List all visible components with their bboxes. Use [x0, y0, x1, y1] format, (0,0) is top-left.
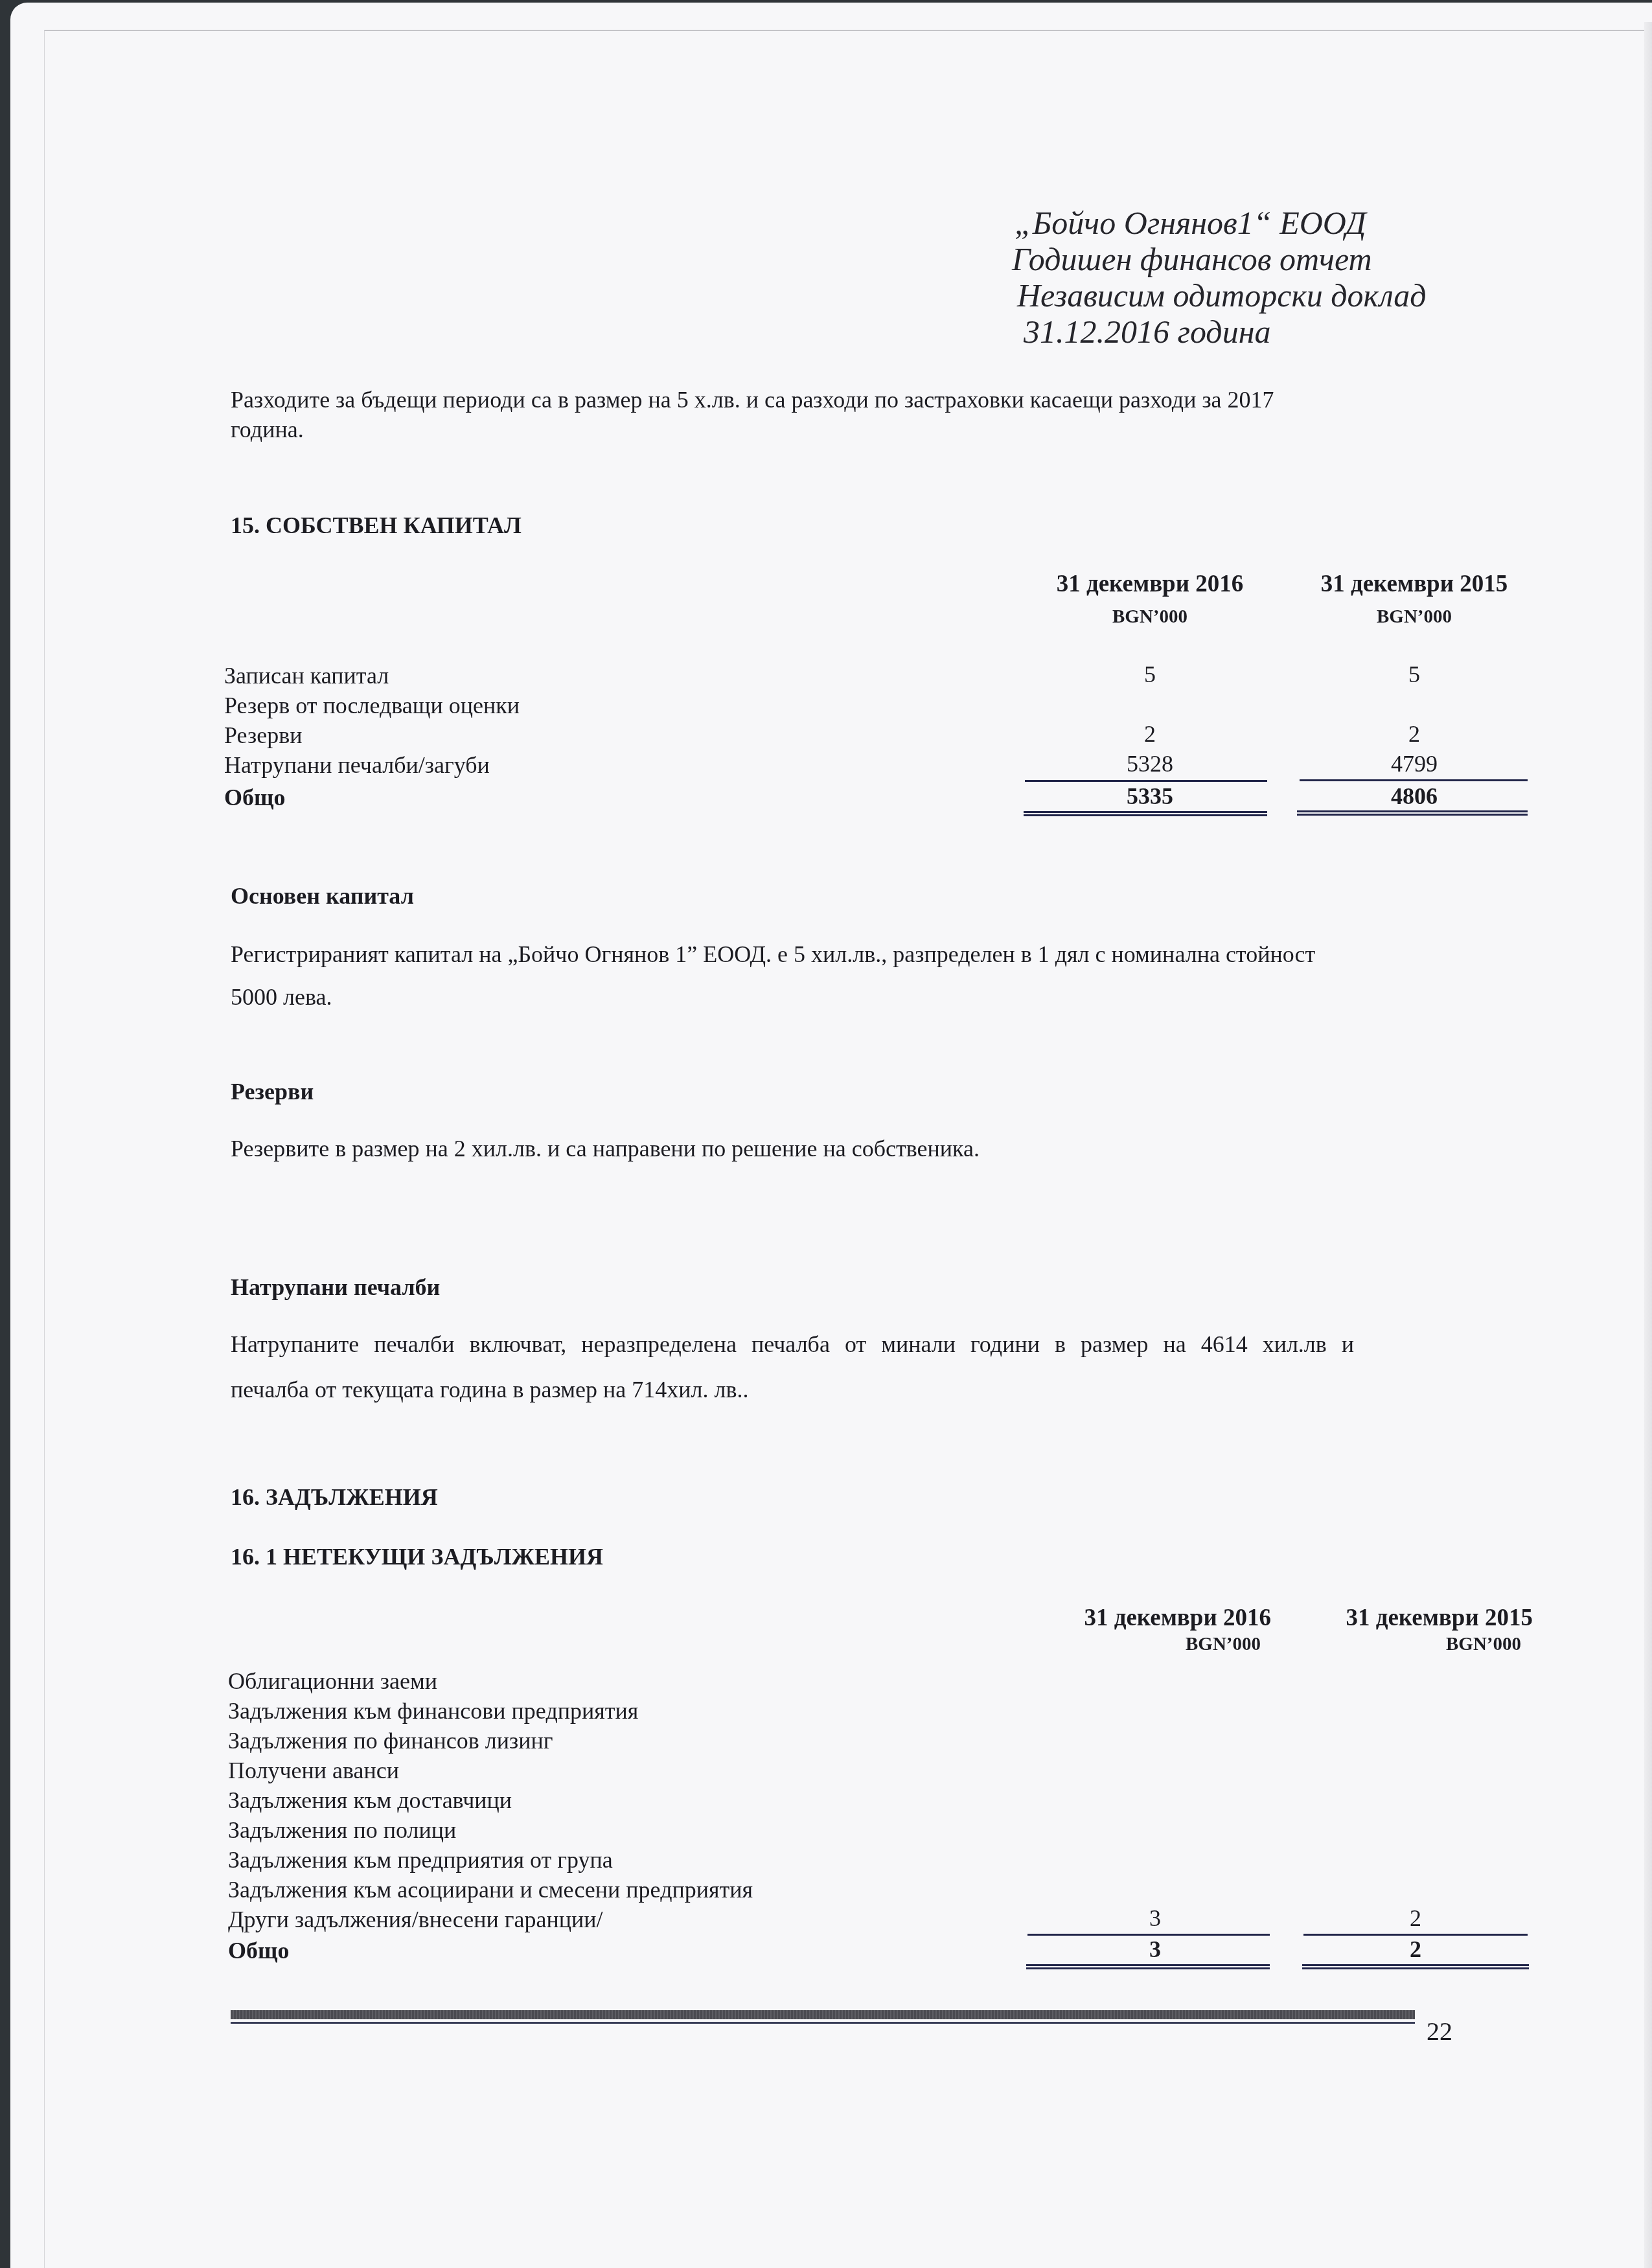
subheading-share-capital: Основен капитал [231, 882, 414, 910]
page-number: 22 [1427, 2016, 1452, 2046]
liab-col-2016-unit: BGN’000 [1034, 1634, 1261, 1655]
total-label: Общо [224, 783, 285, 812]
subheading-retained-earnings: Натрупани печалби [231, 1274, 440, 1301]
total-label: Общо [228, 1936, 289, 1965]
reserves-text: Резервите в размер на 2 хил.лв. и са нап… [231, 1135, 1462, 1162]
total-2015: 2 [1302, 1936, 1529, 1963]
total-double-rule [1026, 1964, 1270, 1969]
subsection-title-noncurrent: 16. 1 НЕТЕКУЩИ ЗАДЪЛЖЕНИЯ [231, 1543, 603, 1570]
row-label: Резерв от последващи оценки [224, 691, 520, 720]
row-label: Други задължения/внесени гаранции/ [228, 1905, 603, 1934]
subtotal-rule [1025, 780, 1267, 782]
liab-col-2015-unit: BGN’000 [1296, 1634, 1521, 1655]
share-capital-line1: Регистрираният капитал на „Бойчо Огнянов… [231, 941, 1462, 968]
total-2016: 5335 [1031, 783, 1268, 810]
page-shadow [1644, 22, 1652, 2268]
subtotal-rule [1300, 779, 1528, 781]
section-title-equity: 15. СОБСТВЕН КАПИТАЛ [231, 512, 522, 539]
report-title: Годишен финансов отчет [1012, 241, 1427, 277]
footer-rule [231, 2010, 1415, 2019]
prepaid-note-line2: година. [231, 416, 1462, 443]
retained-line1: Натрупаните печалби включват, неразпреде… [231, 1331, 1462, 1358]
row-label: Задължения към финансови предприятия [228, 1696, 638, 1726]
value-2015: 2 [1302, 1905, 1529, 1932]
total-double-rule [1302, 1964, 1529, 1969]
value-2015: 5 [1296, 661, 1533, 688]
total-double-rule [1024, 811, 1267, 816]
section-title-liabilities: 16. ЗАДЪЛЖЕНИЯ [231, 1483, 438, 1511]
row-label: Облигационни заеми [228, 1666, 437, 1696]
total-2016: 3 [1037, 1936, 1274, 1963]
audit-label: Независим одиторски доклад [1017, 277, 1427, 314]
row-label: Получени аванси [228, 1756, 399, 1785]
row-label: Задължения към доставчици [228, 1785, 512, 1815]
row-label: Задължения по полици [228, 1815, 456, 1845]
row-label: Резерви [224, 720, 302, 750]
total-2015: 4806 [1296, 783, 1533, 810]
report-date: 31.12.2016 година [1024, 314, 1427, 350]
total-double-rule [1297, 810, 1528, 816]
row-label: Задължения към предприятия от група [228, 1845, 613, 1875]
equity-col-2016-unit: BGN’000 [1031, 606, 1268, 628]
row-label: Натрупани печалби/загуби [224, 750, 490, 780]
subheading-reserves: Резерви [231, 1078, 314, 1105]
row-label: Задължения по финансов лизинг [228, 1726, 553, 1756]
document-header: „Бойчо Огнянов1“ ЕООД Годишен финансов о… [1015, 205, 1427, 350]
value-2016: 5328 [1031, 750, 1268, 777]
row-label: Записан капитал [224, 661, 389, 691]
value-2016: 5 [1031, 661, 1268, 688]
company-name: „Бойчо Огнянов1“ ЕООД [1015, 205, 1427, 241]
footer-thin-rule [231, 2022, 1415, 2024]
liab-col-2015-date: 31 декември 2015 [1296, 1604, 1533, 1632]
prepaid-note-line1: Разходите за бъдещи периоди са в размер … [231, 386, 1462, 413]
value-2016: 3 [1037, 1905, 1274, 1932]
value-2016: 2 [1031, 720, 1268, 748]
row-label: Задължения към асоциирани и смесени пред… [228, 1875, 753, 1905]
equity-col-2015-unit: BGN’000 [1296, 606, 1533, 628]
value-2015: 2 [1296, 720, 1533, 748]
equity-col-2016-date: 31 декември 2016 [1031, 570, 1268, 598]
retained-line2: печалба от текущата година в размер на 7… [231, 1376, 1462, 1403]
share-capital-line2: 5000 лева. [231, 983, 1462, 1011]
equity-col-2015-date: 31 декември 2015 [1296, 570, 1533, 598]
value-2015: 4799 [1296, 750, 1533, 777]
liab-col-2016-date: 31 декември 2016 [1034, 1604, 1271, 1632]
